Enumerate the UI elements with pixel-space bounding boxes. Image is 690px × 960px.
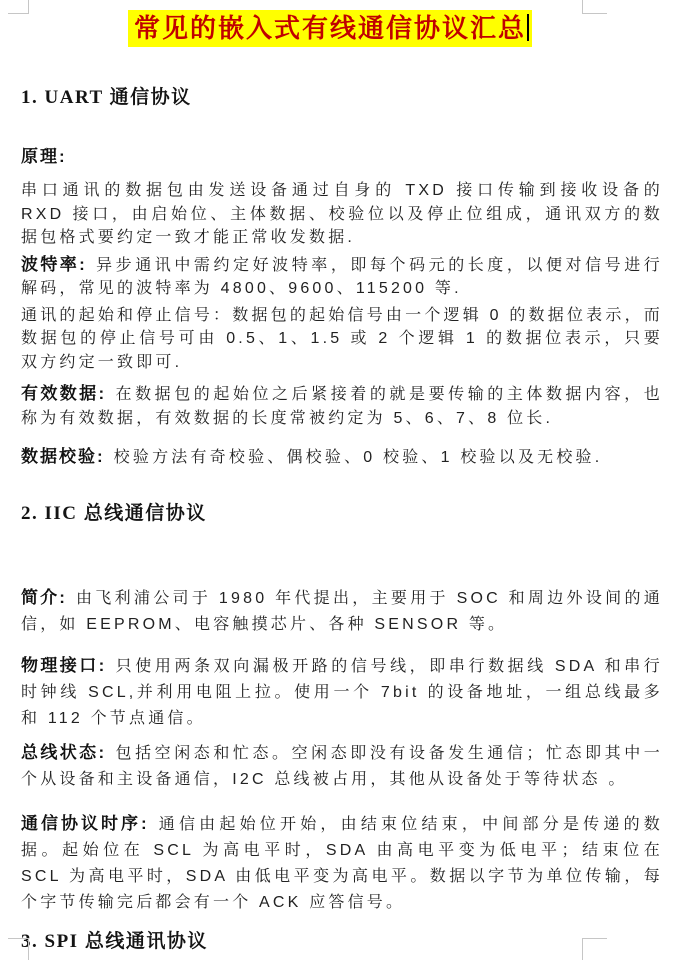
page-title[interactable]: 常见的嵌入式有线通信协议汇总 [128, 10, 532, 47]
paragraph-label-physical-interface: 物理接口: [21, 656, 106, 675]
margin-crop-mark-bottom-right [582, 938, 607, 960]
paragraph-text: 在数据包的起始位之后紧接着的就是要传输的主体数据内容，也称为有效数据，有效数据的… [21, 386, 663, 427]
section-heading-spi[interactable]: 3. SPI 总线通讯协议 [21, 930, 663, 953]
paragraph-label-principle[interactable]: 原理: [21, 147, 663, 166]
paragraph-uart-baudrate[interactable]: 波特率:异步通讯中需约定好波特率，即每个码元的长度，以便对信号进行解码，常见的波… [21, 253, 663, 301]
paragraph-text: 异步通讯中需约定好波特率，即每个码元的长度，以便对信号进行解码，常见的波特率为 … [21, 257, 663, 298]
section-heading-iic[interactable]: 2. IIC 总线通信协议 [21, 502, 663, 525]
paragraph-uart-parity[interactable]: 数据校验:校验方法有奇校验、偶校验、0 校验、1 校验以及无校验. [21, 445, 663, 470]
paragraph-iic-bus-state[interactable]: 总线状态:包括空闲态和忙态。空闲态即没有设备发生通信；忙态即其中一个从设备和主设… [21, 740, 663, 793]
paragraph-text: 由飞利浦公司于 1980 年代提出，主要用于 SOC 和周边外设间的通信，如 E… [21, 590, 663, 633]
paragraph-iic-timing[interactable]: 通信协议时序:通信由起始位开始，由结束位结束，中间部分是传递的数据。起始位在 S… [21, 811, 663, 916]
paragraph-label-bus-state: 总线状态: [21, 743, 106, 762]
paragraph-label-intro: 简介: [21, 588, 67, 607]
document-body: 常见的嵌入式有线通信协议汇总 1. UART 通信协议 原理: 串口通讯的数据包… [0, 10, 690, 953]
paragraph-uart-start-stop[interactable]: 通讯的起始和停止信号：数据包的起始信号由一个逻辑 0 的数据位表示，而数据包的停… [21, 304, 663, 375]
paragraph-iic-physical-interface[interactable]: 物理接口:只使用两条双向漏极开路的信号线，即串行数据线 SDA 和串行时钟线 S… [21, 653, 663, 732]
margin-crop-mark-bottom-left [8, 938, 29, 960]
margin-crop-mark-top-right [582, 0, 607, 14]
section-heading-uart[interactable]: 1. UART 通信协议 [21, 86, 663, 109]
paragraph-text: 校验方法有奇校验、偶校验、0 校验、1 校验以及无校验. [114, 449, 603, 466]
document-page: 常见的嵌入式有线通信协议汇总 1. UART 通信协议 原理: 串口通讯的数据包… [0, 0, 690, 960]
paragraph-text: 只使用两条双向漏极开路的信号线，即串行数据线 SDA 和串行时钟线 SCL,并利… [21, 658, 663, 727]
text-cursor [527, 14, 529, 41]
paragraph-label-parity: 数据校验: [21, 447, 105, 466]
page-title-text: 常见的嵌入式有线通信协议汇总 [134, 14, 526, 43]
paragraph-label-timing: 通信协议时序: [21, 814, 149, 833]
paragraph-label-baudrate: 波特率: [21, 255, 87, 274]
paragraph-label-valid-data: 有效数据: [21, 384, 106, 403]
paragraph-uart-valid-data[interactable]: 有效数据:在数据包的起始位之后紧接着的就是要传输的主体数据内容，也称为有效数据，… [21, 382, 663, 430]
paragraph-text: 包括空闲态和忙态。空闲态即没有设备发生通信；忙态即其中一个从设备和主设备通信，I… [21, 745, 663, 788]
margin-crop-mark-top-left [8, 0, 29, 14]
paragraph-iic-intro[interactable]: 简介:由飞利浦公司于 1980 年代提出，主要用于 SOC 和周边外设间的通信，… [21, 585, 663, 638]
paragraph-uart-principle[interactable]: 串口通讯的数据包由发送设备通过自身的 TXD 接口传输到接收设备的 RXD 接口… [21, 179, 663, 250]
title-line: 常见的嵌入式有线通信协议汇总 [128, 10, 663, 47]
